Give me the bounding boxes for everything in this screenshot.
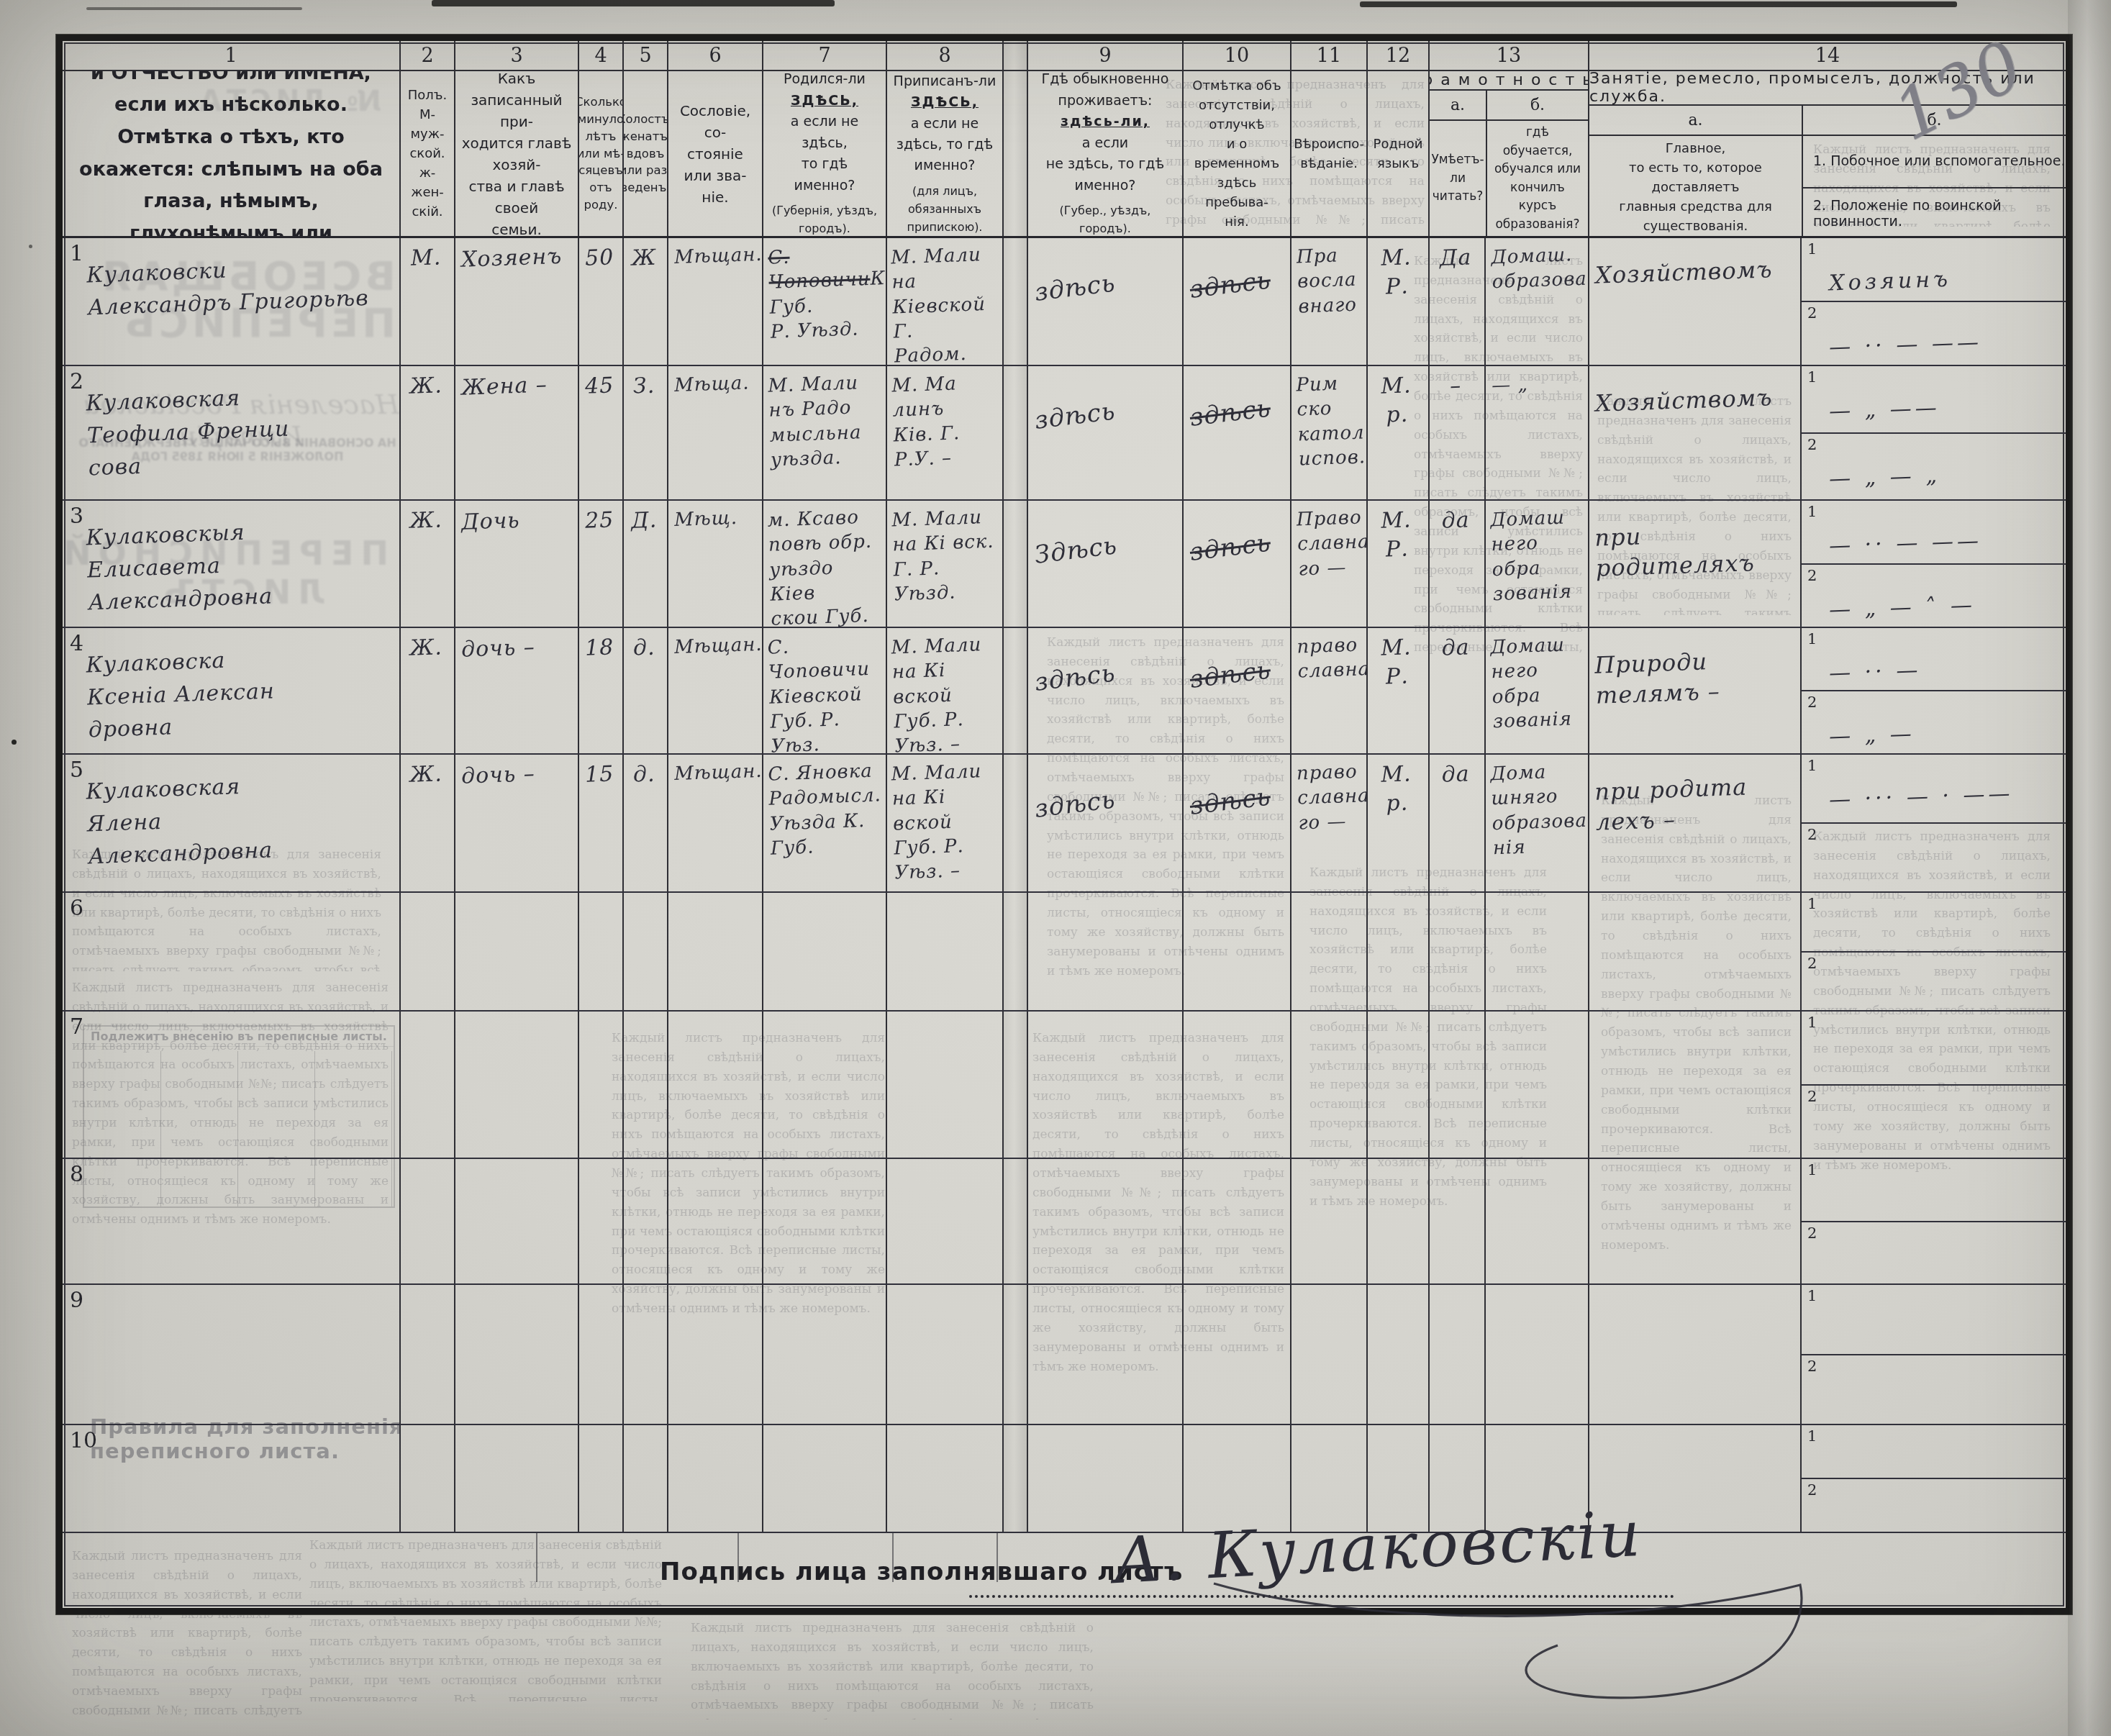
table-row: 10 1 2	[63, 1425, 2066, 1533]
cell-literacy-education: Домаш. образован.	[1486, 238, 1589, 365]
table-row: 7 1 2	[63, 1012, 2066, 1159]
table-row: 4 Кулаковска Ксеніа Алексан дровна Ж. до…	[63, 628, 2066, 755]
sub-cell-number: 2	[1807, 1224, 1817, 1242]
cell-relation	[455, 1285, 579, 1424]
table-row: 6 1 2	[63, 893, 2066, 1012]
cell-absence-note: здѣсь	[1184, 501, 1291, 627]
cell-birthplace: С. Чоповичи Кіевской Губ. Р. Уѣз.	[763, 628, 887, 753]
table-row: 1 Кулаковски Александръ Григорьѣв М. Хоз…	[63, 238, 2066, 366]
cell-age	[579, 1425, 624, 1532]
sub-cell-number: 1	[1807, 895, 1817, 912]
header-residence-note: (Губер., уѣздъ, городъ).	[1034, 202, 1176, 236]
cell-age	[579, 1159, 624, 1283]
header-occupation-b2: 2. Положеніе по воинской повинности.	[1803, 188, 2066, 237]
cell-side-occupation: 1 Хозяинъ 2 — ·· — ——	[1802, 238, 2066, 365]
row-number: 6	[70, 896, 83, 921]
sub-cell-number: 1	[1807, 503, 1817, 520]
cell-main-occupation	[1589, 893, 1802, 1010]
cell-relation: Жена –	[455, 366, 579, 499]
signature-flourish	[1185, 1562, 1833, 1706]
column-number: 8	[887, 41, 1004, 70]
cell-religion	[1291, 893, 1368, 1010]
handwritten-name: Кулаковски Александръ Григорьѣв	[80, 242, 400, 324]
header-registration-emphasis: ЗДѢСЬ,	[911, 92, 979, 113]
cell-literacy-can-read: да	[1430, 755, 1486, 891]
sub-cell-number: 1	[1807, 368, 1817, 386]
scan-edge-streak	[1360, 1, 1957, 7]
header-residence-pre: Гдѣ обыкновенно проживаетъ:	[1042, 71, 1169, 112]
cell-literacy-can-read	[1430, 1159, 1486, 1283]
cell-relation: Хозяенъ	[455, 238, 579, 365]
cell-literacy-education	[1486, 893, 1589, 1010]
cell-side-occupation: 1 — ·· — —— 2 — „ — ˄ —	[1802, 501, 2066, 627]
fold-column	[1004, 1159, 1028, 1283]
header-literacy-b-text: гдѣ обучается, обучался или кончилъ курс…	[1487, 121, 1588, 236]
cell-side-occupation: 1 2	[1802, 1285, 2066, 1424]
cell-relation	[455, 1159, 579, 1283]
cell-religion: Рим ско катол. испов.	[1291, 366, 1368, 499]
cell-residence: здѣсь	[1028, 366, 1184, 499]
cell-marital-status: Д.	[624, 501, 668, 627]
row-number: 10	[70, 1428, 97, 1453]
cell-estate: Мѣщан.	[668, 755, 763, 891]
header-residence-emphasis: здѣсь-ли,	[1061, 112, 1150, 132]
sub-cell-number: 2	[1807, 694, 1817, 711]
cell-literacy-education	[1486, 1285, 1589, 1424]
cell-marital-status	[624, 893, 668, 1010]
table-row: 5 Кулаковская Ялена Александровна Ж. доч…	[63, 755, 2066, 893]
cell-registration	[887, 1159, 1004, 1283]
fold-column	[1004, 1425, 1028, 1532]
census-form-scan: № ЛИСТА ВСЕОБЩАЯ ПЕРЕПИСЬ Населенія Росс…	[0, 0, 2111, 1736]
cell-main-occupation	[1589, 1012, 1802, 1158]
cell-native-language: М. Р.	[1368, 238, 1430, 365]
cell-native-language: М. р.	[1368, 755, 1430, 891]
cell-native-language	[1368, 893, 1430, 1010]
cell-age: 15	[579, 755, 624, 891]
cell-residence	[1028, 1159, 1184, 1283]
cell-side-occupation: 1 — „ —— 2 — „ — „	[1802, 366, 2066, 499]
cell-main-occupation: Хозяйствомъ	[1589, 366, 1802, 499]
cell-literacy-can-read	[1430, 1012, 1486, 1158]
cell-main-occupation	[1589, 1285, 1802, 1424]
header-religion-column: Вѣроиспо- вѣданіе.	[1291, 71, 1368, 236]
cell-registration	[887, 1285, 1004, 1424]
cell-main-occupation: при родителяхъ	[1589, 501, 1802, 627]
cell-age: 45	[579, 366, 624, 499]
fold-column	[1004, 628, 1028, 753]
cell-absence-note	[1184, 1159, 1291, 1283]
cell-side-occupation: 1 — ·· — 2 — „ —	[1802, 628, 2066, 753]
side-occupation-1: 1 — ·· —	[1802, 628, 2066, 691]
cell-name: 5 Кулаковская Ялена Александровна	[63, 755, 401, 891]
side-occupation-1: 1 Хозяинъ	[1802, 238, 2066, 302]
cell-marital-status	[624, 1425, 668, 1532]
cell-name: 1 Кулаковски Александръ Григорьѣв	[63, 238, 401, 365]
cell-registration: М. Мали на Кі вской Губ. Р. Уѣз. –	[887, 755, 1004, 891]
cell-age: 50	[579, 238, 624, 365]
header-birthplace-pre: Родился-ли	[784, 71, 866, 91]
cell-sex	[401, 1159, 455, 1283]
cell-estate	[668, 1159, 763, 1283]
cell-relation: Дочь	[455, 501, 579, 627]
cell-age: 25	[579, 501, 624, 627]
header-literacy-column: Грамотность. а. Умѣетъ- ли читать? б. гд…	[1430, 71, 1589, 236]
cell-sex	[401, 1425, 455, 1532]
column-number: 6	[668, 41, 763, 70]
sub-cell-number: 2	[1807, 1358, 1817, 1375]
cell-name: 2 Кулаковская Теофила Френци сова	[63, 366, 401, 499]
cell-residence: здѣсь	[1028, 628, 1184, 753]
cell-literacy-education: Дома шняго образова нія	[1486, 755, 1589, 891]
column-number: 11	[1291, 41, 1368, 70]
cell-side-occupation: 1 2	[1802, 1425, 2066, 1532]
cell-sex: Ж.	[401, 366, 455, 499]
military-status-2: 2	[1802, 1355, 2066, 1424]
census-table: 1 2 3 4 5 6 7 8 9 10 11 12 13 14 ФАМИЛІЯ…	[56, 35, 2072, 1614]
cell-name: 4 Кулаковска Ксеніа Алексан дровна	[63, 628, 401, 753]
cell-relation: дочь –	[455, 755, 579, 891]
cell-absence-note: здѣсь	[1184, 755, 1291, 891]
column-number: 5	[624, 41, 668, 70]
cell-native-language	[1368, 1012, 1430, 1158]
header-birthplace-mid: а если не здѣсь, то гдѣ именно?	[769, 112, 880, 196]
header-name-column: ФАМИЛІЯ, (прозвище), ИМЯ и ОТЧЕСТВО или …	[63, 71, 401, 236]
cell-literacy-can-read	[1430, 1285, 1486, 1424]
cell-side-occupation: 1 2	[1802, 1159, 2066, 1283]
fold-column	[1004, 501, 1028, 627]
cell-religion	[1291, 1159, 1368, 1283]
column-number: 10	[1184, 41, 1291, 70]
cell-age: 18	[579, 628, 624, 753]
ghost-paragraph: Каждый листъ предназначенъ для занесенія…	[691, 1619, 1094, 1719]
cell-sex	[401, 893, 455, 1010]
paper-edge-crease	[2068, 0, 2111, 1736]
cell-literacy-can-read: Да	[1430, 238, 1486, 365]
column-number: 3	[455, 41, 579, 70]
column-number: 7	[763, 41, 887, 70]
cell-residence	[1028, 1012, 1184, 1158]
cell-relation	[455, 893, 579, 1010]
side-occupation-1: 1	[1802, 1425, 2066, 1479]
header-literacy-a-label: а.	[1430, 91, 1486, 121]
handwritten-name: Кулаковская Ялена Александровна	[80, 759, 401, 873]
side-occupation-1: 1 — „ ——	[1802, 366, 2066, 434]
cell-sex: Ж.	[401, 628, 455, 753]
cell-registration: М. Мали на Кі вской Губ. Р. Уѣз. –	[887, 628, 1004, 753]
ink-speck	[12, 740, 17, 745]
cell-residence	[1028, 1425, 1184, 1532]
cell-registration: М. Мали на Кіевской Г. Радом. Уѣз.	[887, 238, 1004, 365]
header-age-column: Сколько минуло лѣтъ или мѣ- сяцевъ отъ р…	[579, 71, 624, 236]
cell-sex: М.	[401, 238, 455, 365]
header-residence-mid: а если не здѣсь, то гдѣ именно?	[1046, 133, 1165, 196]
column-number: 4	[579, 41, 624, 70]
cell-name: 7	[63, 1012, 401, 1158]
military-status-2: 2 — „ — ˄ —	[1802, 565, 2066, 627]
sub-cell-number: 2	[1807, 1481, 1817, 1499]
sub-cell-number: 2	[1807, 955, 1817, 972]
cell-registration	[887, 893, 1004, 1010]
cell-native-language: М. р.	[1368, 366, 1430, 499]
column-number-row: 1 2 3 4 5 6 7 8 9 10 11 12 13 14	[63, 41, 2066, 71]
military-status-2: 2 — ·· — ——	[1802, 302, 2066, 365]
signature-label: Подпись лица заполнявшаго листъ	[660, 1558, 1183, 1586]
cell-relation	[455, 1425, 579, 1532]
cell-birthplace: м. Ксаво повѣ обр. уѣздо Кіев скои Губ.	[763, 501, 887, 627]
cell-birthplace: М. Мали нъ Радо мысльна уѣзда.	[763, 366, 887, 499]
cell-name: 8	[63, 1159, 401, 1283]
cell-estate: Мѣщан.	[668, 238, 763, 365]
fold-column	[1004, 41, 1028, 70]
sub-cell-number: 1	[1807, 1014, 1817, 1031]
side-occupation-1: 1	[1802, 1285, 2066, 1355]
cell-main-occupation: при родита лехъ –	[1589, 755, 1802, 891]
fold-column	[1004, 238, 1028, 365]
header-language-column: Родной языкъ	[1368, 71, 1430, 236]
cell-birthplace	[763, 1159, 887, 1283]
header-marital-column: Холостъ, женатъ, вдовъ или раз- веденъ.	[624, 71, 668, 236]
side-occupation-1: 1 — ··· — · ——	[1802, 755, 2066, 824]
header-literacy-a-text: Умѣетъ- ли читать?	[1430, 121, 1486, 236]
cell-residence: Здѣсь	[1028, 501, 1184, 627]
cell-estate: Мѣщ.	[668, 501, 763, 627]
sub-cell-number: 2	[1807, 826, 1817, 843]
cell-relation	[455, 1012, 579, 1158]
cell-birthplace	[763, 1425, 887, 1532]
cell-native-language	[1368, 1285, 1430, 1424]
header-relation-column: Какъ записанный при- ходится главѣ хозяй…	[455, 71, 579, 236]
side-occupation-1: 1	[1802, 1012, 2066, 1086]
signature-band: Подпись лица заполнявшаго листъ А. Кулак…	[63, 1533, 2066, 1608]
scan-edge-streak	[86, 7, 302, 10]
cell-religion: Право славна го —	[1291, 501, 1368, 627]
table-row: 2 Кулаковская Теофила Френци сова Ж. Жен…	[63, 366, 2066, 501]
cell-birthplace	[763, 1012, 887, 1158]
header-residence-column: Гдѣ обыкновенно проживаетъ: здѣсь-ли, а …	[1028, 71, 1184, 236]
military-status-2: 2	[1802, 1086, 2066, 1158]
cell-main-occupation: Природи телямъ –	[1589, 628, 1802, 753]
header-birthplace-column: Родился-ли ЗДѢСЬ, а если не здѣсь, то гд…	[763, 71, 887, 236]
row-number: 9	[70, 1288, 83, 1313]
cell-main-occupation: Хозяйствомъ	[1589, 238, 1802, 365]
cell-residence: здѣсь	[1028, 755, 1184, 891]
header-literacy-b-label: б.	[1487, 91, 1588, 121]
column-number: 2	[401, 41, 455, 70]
cell-literacy-education	[1486, 1012, 1589, 1158]
sub-cell-number: 1	[1807, 757, 1817, 774]
table-body: 1 Кулаковски Александръ Григорьѣв М. Хоз…	[63, 238, 2066, 1533]
cell-registration: М. Ма линъ Ків. Г. Р.У. –	[887, 366, 1004, 499]
fold-column	[1004, 1285, 1028, 1424]
military-status-2: 2 — „ — „	[1802, 434, 2066, 500]
cell-literacy-can-read: –	[1430, 366, 1486, 499]
cell-literacy-education	[1486, 1159, 1589, 1283]
header-registration-mid: а если не здѣсь, то гдѣ именно?	[893, 114, 997, 177]
cell-native-language	[1368, 1159, 1430, 1283]
cell-registration	[887, 1012, 1004, 1158]
column-number: 1	[63, 41, 401, 70]
cell-name: 9	[63, 1285, 401, 1424]
cell-age	[579, 893, 624, 1010]
military-status-2: 2	[1802, 953, 2066, 1011]
side-occupation-1: 1	[1802, 893, 2066, 953]
cell-birthplace	[763, 893, 887, 1010]
cell-religion: право славна	[1291, 628, 1368, 753]
cell-residence: здѣсь	[1028, 238, 1184, 365]
sub-cell-number: 1	[1807, 1287, 1817, 1304]
sub-cell-number: 2	[1807, 567, 1817, 584]
fold-column	[1004, 71, 1028, 236]
ink-speck	[29, 245, 32, 248]
fold-column	[1004, 1012, 1028, 1158]
fold-column	[1004, 893, 1028, 1010]
cell-residence	[1028, 893, 1184, 1010]
cell-birthplace: С. Яновка Радомысл. Уѣзда К. Губ.	[763, 755, 887, 891]
cell-age	[579, 1285, 624, 1424]
cell-side-occupation: 1 — ··· — · —— 2	[1802, 755, 2066, 891]
cell-literacy-can-read: да	[1430, 501, 1486, 627]
cell-religion: право славна го —	[1291, 755, 1368, 891]
column-number: 13	[1430, 41, 1589, 70]
cell-residence	[1028, 1285, 1184, 1424]
cell-absence-note: здѣсь	[1184, 238, 1291, 365]
header-registration-pre: Приписанъ-ли	[894, 71, 997, 92]
cell-sex	[401, 1012, 455, 1158]
table-row: 8 1 2	[63, 1159, 2066, 1285]
header-occupation-a-label: а.	[1589, 106, 1802, 136]
header-registration-note: (для лицъ, обязанныхъ припискою).	[893, 183, 997, 236]
sub-cell-number: 2	[1807, 304, 1817, 322]
cell-registration: М. Мали на Кі вск. Г. Р. Уѣзд.	[887, 501, 1004, 627]
column-line-continuation	[536, 1533, 537, 1582]
cell-sex: Ж.	[401, 501, 455, 627]
cell-native-language: М. Р.	[1368, 628, 1430, 753]
cell-absence-note: здѣсь	[1184, 628, 1291, 753]
cell-native-language: М. Р.	[1368, 501, 1430, 627]
cell-side-occupation: 1 2	[1802, 893, 2066, 1010]
header-absence-column: Отмѣтка объ отсутствіи, отлучкѣ и о врем…	[1184, 71, 1291, 236]
cell-literacy-can-read	[1430, 893, 1486, 1010]
header-birthplace-note: (Губернія, уѣздъ, городъ).	[769, 202, 880, 236]
cell-marital-status	[624, 1285, 668, 1424]
military-status-2: 2	[1802, 1479, 2066, 1532]
cell-literacy-education: Домаш него обра зованія	[1486, 628, 1589, 753]
header-occupation-a-text: Главное, то есть то, которое доставляетъ…	[1589, 136, 1802, 236]
cell-main-occupation	[1589, 1159, 1802, 1283]
sub-cell-number: 1	[1807, 240, 1817, 258]
cell-sex	[401, 1285, 455, 1424]
cell-estate	[668, 1012, 763, 1158]
cell-absence-note	[1184, 893, 1291, 1010]
cell-religion	[1291, 1012, 1368, 1158]
column-number: 12	[1368, 41, 1430, 70]
cell-estate	[668, 1285, 763, 1424]
sub-cell-number: 1	[1807, 1161, 1817, 1178]
cell-estate	[668, 1425, 763, 1532]
cell-age	[579, 1012, 624, 1158]
header-sex-column: Полъ. М-муж- ской. ж-жен- скій.	[401, 71, 455, 236]
cell-marital-status: д.	[624, 755, 668, 891]
cell-marital-status	[624, 1012, 668, 1158]
column-number: 9	[1028, 41, 1184, 70]
row-number: 7	[70, 1014, 83, 1040]
scan-edge-streak	[432, 0, 835, 6]
cell-birthplace: С. ЧоповичиКіевск. Губ. Р. Уѣзд.	[763, 238, 887, 365]
cell-relation: дочь –	[455, 628, 579, 753]
cell-religion: Пра восла внаго	[1291, 238, 1368, 365]
cell-name: 3 Кулаковскыя Елисавета Александровна	[63, 501, 401, 627]
cell-absence-note: здѣсь	[1184, 366, 1291, 499]
row-number: 8	[70, 1162, 83, 1187]
header-registration-column: Приписанъ-ли ЗДѢСЬ, а если не здѣсь, то …	[887, 71, 1004, 236]
cell-estate: Мѣща.	[668, 366, 763, 499]
header-literacy-title: Грамотность.	[1430, 71, 1588, 91]
cell-absence-note	[1184, 1285, 1291, 1424]
cell-registration	[887, 1425, 1004, 1532]
cell-marital-status: З.	[624, 366, 668, 499]
cell-literacy-education: Домаш него обра зованія	[1486, 501, 1589, 627]
handwritten-name: Кулаковска Ксеніа Алексан дровна	[80, 632, 401, 746]
handwritten-name: Кулаковская Теофила Френци сова	[80, 371, 401, 484]
cell-birthplace	[763, 1285, 887, 1424]
cell-name: 6	[63, 893, 401, 1010]
cell-literacy-education: — „	[1486, 366, 1589, 499]
cell-estate	[668, 893, 763, 1010]
cell-sex: Ж.	[401, 755, 455, 891]
sub-cell-number: 1	[1807, 1427, 1817, 1445]
cell-marital-status: Ж	[624, 238, 668, 365]
cell-marital-status: д.	[624, 628, 668, 753]
table-header-row: ФАМИЛІЯ, (прозвище), ИМЯ и ОТЧЕСТВО или …	[63, 71, 2066, 238]
side-occupation-1: 1	[1802, 1159, 2066, 1222]
cell-marital-status	[624, 1159, 668, 1283]
table-row: 3 Кулаковскыя Елисавета Александровна Ж.…	[63, 501, 2066, 628]
handwritten-name: Кулаковскыя Елисавета Александровна	[80, 505, 401, 619]
sub-cell-number: 2	[1807, 1088, 1817, 1105]
table-row: 9 1 2	[63, 1285, 2066, 1425]
sub-cell-number: 2	[1807, 436, 1817, 453]
sub-cell-number: 1	[1807, 630, 1817, 647]
cell-literacy-can-read: да	[1430, 628, 1486, 753]
cell-estate: Мѣщан.	[668, 628, 763, 753]
side-occupation-1: 1 — ·· — ——	[1802, 501, 2066, 565]
header-estate-column: Сословіе, со- стояніе или зва- ніе.	[668, 71, 763, 236]
military-status-2: 2 — „ —	[1802, 691, 2066, 753]
header-birthplace-emphasis: ЗДѢСЬ,	[791, 91, 858, 112]
military-status-2: 2	[1802, 1222, 2066, 1284]
fold-column	[1004, 366, 1028, 499]
cell-side-occupation: 1 2	[1802, 1012, 2066, 1158]
military-status-2: 2	[1802, 824, 2066, 891]
cell-religion	[1291, 1285, 1368, 1424]
fold-column	[1004, 755, 1028, 891]
cell-absence-note	[1184, 1012, 1291, 1158]
cell-name: 10	[63, 1425, 401, 1532]
